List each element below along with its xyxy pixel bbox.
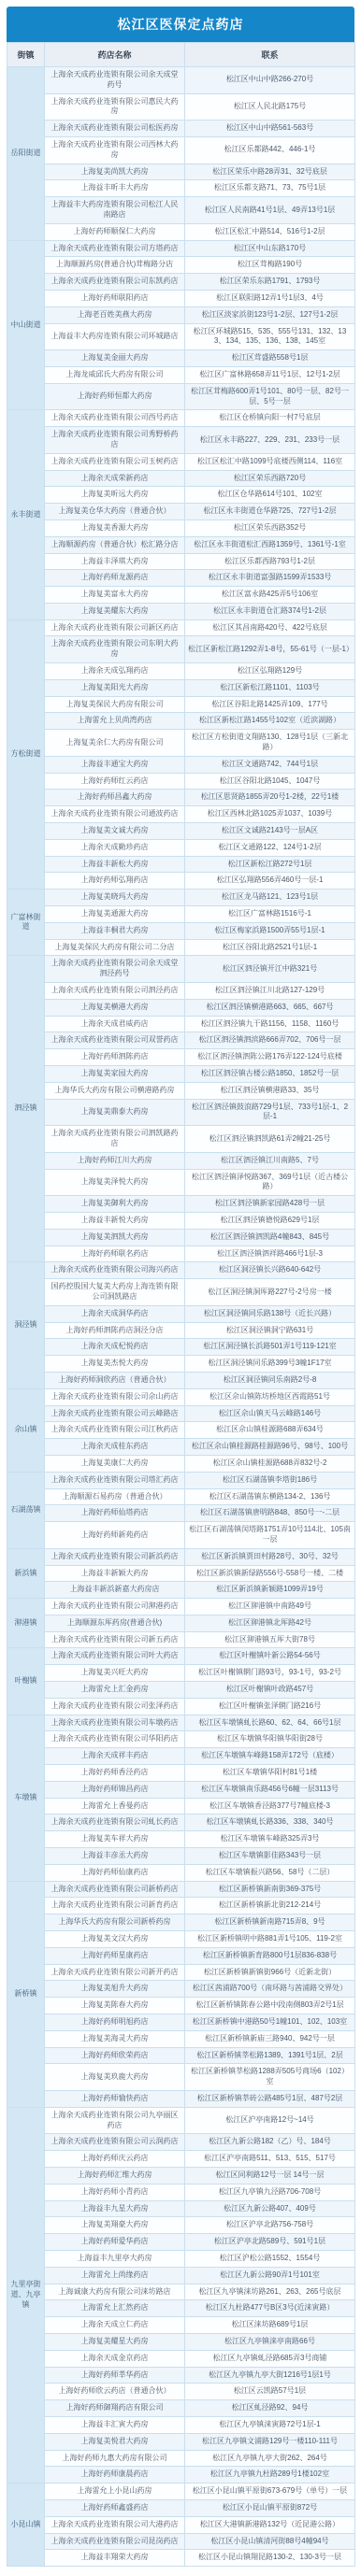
pharmacy-row: 上海雷允上尚缘药店松江区九新公路90弄1号101室 (7, 2267, 355, 2284)
pharmacy-row: 上海龙威邱氏大药房有限公司松江区广富林路658弄11号1层、12号1-2层 (7, 366, 355, 383)
pharmacy-name-cell: 上海顺源药房（普通合伙）松汇路分店 (45, 536, 185, 553)
pharmacy-name-cell: 上海余天成药业连锁有限公司海兴药店 (45, 1262, 185, 1279)
page: 松江区医保定点药店 街镇 药店名称 联系 岳阳街道上海余天成药业连锁有限公司余天… (0, 0, 361, 2576)
contact-cell: 松江区同利路12号一层 14号一层 (185, 2167, 355, 2184)
pharmacy-name-cell: 上海余天成药业连锁有限公司张泽药店 (45, 1698, 185, 1715)
contact-cell: 松江区松汇中路514、516号1-2层 (185, 223, 355, 240)
pharmacy-row: 上海余天成弘翔药店松江区弘翔路129号 (7, 663, 355, 680)
pharmacy-name-cell: 上海余天成药业连锁有限公司秀野桥药店 (45, 427, 185, 454)
pharmacy-name-cell: 上海余天成药业连锁有限公司西号药店 (45, 410, 185, 427)
pharmacy-row: 上海余天成药业连锁有限公司大港药店松江区大港镇新港路132号（近昆港公路） (7, 2516, 355, 2533)
pharmacy-name-cell: 上海余天成药业连锁有限公司泗泾药店 (45, 983, 185, 1000)
pharmacy-row: 上海余天成药业连锁有限公司秀野桥药店松江区永丰路227、229、231、233号… (7, 427, 355, 454)
pharmacy-name-cell: 上海益丰汇寅大药房 (45, 2416, 185, 2433)
pharmacy-name-cell: 上海余天成药业连锁有限公司叶大药店 (45, 1648, 185, 1665)
pharmacy-row: 上海华氏大药房有限公司新桥药房松江区新桥镇新南路715弄8、9号 (7, 1914, 355, 1931)
pharmacy-name-cell: 上海好药师泗陈药店洞泾分店 (45, 1322, 185, 1339)
contact-cell: 松江区车墩镇虬长路60、62、64、66号1层 (185, 1715, 355, 1731)
pharmacy-row: 上海华氏大药房有限公司横港路药房松江区泗泾镇横港路33、35号 (7, 1082, 355, 1099)
pharmacy-name-cell: 上海余天成立仁药店 (45, 2317, 185, 2334)
pharmacy-name-cell: 上海余天成祥丰药店 (45, 1748, 185, 1765)
pharmacy-name-cell: 上海顺源东厍药房(普通合伙) (45, 1615, 185, 1631)
pharmacy-row: 上海复美保民大药房有限公司二分店松江区谷阳北路2521号1层-1 (7, 939, 355, 956)
pharmacy-name-cell: 上海复美富永大药房 (45, 587, 185, 604)
contact-cell: 松江区佘山镇陈坊桥地区西霞路51号 (185, 1388, 355, 1405)
pharmacy-row: 上海好药师欣云药店（普通合伙）松江区云凯路57号1层 (7, 2384, 355, 2400)
contact-cell: 松江区谷阳北路1425弄109、177号 (185, 696, 355, 713)
pharmacy-row: 上海余天成药业连锁有限公司西林大药房松江区乐都路442、446-1号 (7, 136, 355, 164)
contact-cell: 松江区沪松公路1552、1554号 (185, 2250, 355, 2267)
contact-cell: 松江区茸梅路600弄1号101、80号一层、82号一层、5号一层 (185, 383, 355, 410)
contact-cell: 松江区九亭镇九亭大街1216号1层1号 (185, 2367, 355, 2384)
contact-cell: 松江区永丰街道仓华路725、727号1-2层 (185, 504, 355, 520)
pharmacy-name-cell: 上海益丰新颖大药房 (45, 1565, 185, 1582)
town-cell: 泗泾镇 (7, 956, 45, 1262)
pharmacy-name-cell: 上海余天成药业连锁有限公司泗凯路药店 (45, 1126, 185, 1153)
pharmacy-name-cell: 上海好药师联名药店 (45, 1245, 185, 1262)
pharmacy-name-cell: 上海复美昕远大药房 (45, 487, 185, 504)
contact-cell: 松江区乐都西路793号1-2层 (185, 553, 355, 570)
pharmacy-row: 上海好药师愉快药店松江区新桥镇莘砖公路485号1层、487号2层 (7, 2091, 355, 2108)
pharmacy-row: 上海余天成药业连锁有限公司玉树药店松江区松汇中路1099号底楼西侧114、116… (7, 453, 355, 470)
pharmacy-row: 上海益丰昕丰大药房松江区乐都支路71、73、75号1层 (7, 180, 355, 197)
contact-cell: 松江区谷阳北路1045、1047号 (185, 773, 355, 790)
contact-cell: 松江区九亭镇涞亭南路66号 (185, 2333, 355, 2350)
pharmacy-row: 上海复美兴旺大药房松江区叶榭镇辋门路93号，93-1号，93-2号 (7, 1665, 355, 1682)
pharmacy-name-cell: 上海益丰翔荣大药房 (45, 2550, 185, 2567)
pharmacy-name-cell: 上海好药师庆云药店 (45, 2151, 185, 2168)
pharmacy-row: 上海复美香源大药房松江区荣乐西路352号 (7, 519, 355, 536)
contact-cell: 松江区茜浦路700号（南环路与茜浦路交界处） (185, 1981, 355, 1998)
contact-cell: 松江区方松街道文翔路130、128号1层（三新北路） (185, 730, 355, 757)
pharmacy-name-cell: 上海余天成药业连锁有限公司玉树药店 (45, 453, 185, 470)
pharmacy-row: 上海好药师仙康药店松江区车墩镇振兴路56、58号（二层） (7, 1864, 355, 1881)
pharmacy-row: 上海雷允上汇金药房松江区叶榭镇叶政路457号 (7, 1682, 355, 1699)
pharmacy-row: 上海余天成金京药店松江区九亭镇虬泾路685弄3号商铺 (7, 2350, 355, 2367)
contact-cell: 松江区新松江路272号1层 (185, 856, 355, 873)
pharmacy-row: 上海益丰大药房连锁有限公司环城路店松江区环城路515、535、555号131、1… (7, 323, 355, 350)
pharmacy-row: 上海好药师明旭药店松江区新桥镇中港路50号1幢101、102、103室 (7, 2014, 355, 2031)
pharmacy-name-cell: 上海余天成杞悦药店 (45, 1339, 185, 1356)
contact-cell: 松江区车墩镇车峰路158弄172号（底楼） (185, 1748, 355, 1765)
pharmacy-row: 上海余天成荣新药店松江区荣乐西路720号 (7, 470, 355, 487)
pharmacy-name-cell: 上海复美阳光大药房 (45, 679, 185, 696)
contact-cell: 松江区洞泾镇长兴路640-642号 (185, 1262, 355, 1279)
contact-cell: 松江区新桥镇新镇街966号（近新北街） (185, 1964, 355, 1981)
pharmacy-name-cell: 上海好药师康晨药店 (45, 2467, 185, 2483)
contact-cell: 松江区龙马路121、123号1层 (185, 890, 355, 906)
contact-cell: 松江区泗泾镇开江中路321号 (185, 956, 355, 983)
contact-cell: 松江区环城路515、535、555号131、132、133、134、135、13… (185, 323, 355, 350)
pharmacy-row: 上海复美家园大药房松江区泗泾镇古楼公路1850、1852号一层 (7, 1066, 355, 1083)
pharmacy-row: 上海余天成桂东药店松江区佘山镇桂源路桂源路96号、98号、100号 (7, 1439, 355, 1456)
pharmacy-name-cell: 上海复美杰悦大药房 (45, 1356, 185, 1373)
pharmacy-row: 上海余天成祥丰药店松江区车墩镇车峰路158弄172号（底楼） (7, 1748, 355, 1765)
contact-cell: 松江区人民北路175号 (185, 93, 355, 121)
contact-cell: 松江区石湖荡镇闵塔路1751弄10号114北、105南一层 (185, 1522, 355, 1549)
pharmacy-name-cell: 上海余天成药业连锁有限公司双誉药店 (45, 1032, 185, 1049)
pharmacy-name-cell: 上海复美泗凯大药房 (45, 1229, 185, 1245)
pharmacy-name-cell: 上海复美车祥大药房 (45, 1831, 185, 1848)
pharmacy-row: 上海好药师爱华药店松江区沪亭北路589号、591号1层 (7, 2234, 355, 2251)
contact-cell: 松江区佘山镇桂源路桂源路96号、98号、100号 (185, 1439, 355, 1456)
pharmacy-name-cell: 上海好药师弘翔药店 (45, 873, 185, 890)
pharmacy-name-cell: 上海好药师鑫盛药店 (45, 2499, 185, 2516)
pharmacy-name-cell: 上海雷允上尚缘药店 (45, 2267, 185, 2284)
town-cell: 车墩镇 (7, 1715, 45, 1881)
contact-cell: 松江区思贤路1855弄20号1-2楼，22号1楼 (185, 790, 355, 806)
contact-cell: 松江区新桥镇莘松路1288弄505号商场6（102）室 (185, 2064, 355, 2091)
contact-cell: 松江区谷阳北路2521号1层-1 (185, 939, 355, 956)
pharmacy-row: 上海好药师龙源药店松江区永丰街道富强路1599弄1533号 (7, 570, 355, 587)
pharmacy-name-cell: 上海余天成药业连锁有限公司惠民大药房 (45, 93, 185, 121)
pharmacy-name-cell: 上海好药师红云药店 (45, 773, 185, 790)
contact-cell: 松江区西林北路1025弄1037、1039号 (185, 806, 355, 823)
pharmacy-row: 上海余天成药业连锁有限公司泗泾药店松江区泗泾镇江川北路127-129号 (7, 983, 355, 1000)
contact-cell: 松江区弘翔路556弄460号一层-1 (185, 873, 355, 890)
pharmacy-row: 上海好药师锦昌药店松江区车墩镇南乐路456号6幢一层3113号 (7, 1781, 355, 1798)
contact-cell: 松江区文通路742、744号1层 (185, 756, 355, 773)
pharmacy-name-cell: 上海余天成药业连锁有限公司云润药店 (45, 2134, 185, 2151)
pharmacy-row: 上海益丰新松大药房松江区新松江路272号1层 (7, 856, 355, 873)
pharmacy-name-cell: 上海余天成药业连锁有限公司新浜药店 (45, 1548, 185, 1565)
contact-cell: 松江区泗泾镇泗凯路61弄2幢21-25号 (185, 1126, 355, 1153)
pharmacy-row: 上海余天成药业连锁有限公司虬长药店松江区车墩镇虬长路336、338、340号 (7, 1815, 355, 1831)
pharmacy-row: 上海复美阳光大药房松江区新松江路1101、1103号 (7, 679, 355, 696)
contact-cell: 松江区广富林路658弄11号1层、12号1-2层 (185, 366, 355, 383)
pharmacy-name-cell: 上海余天成药业连锁有限公司新区药店 (45, 619, 185, 636)
pharmacy-name-cell: 上海好药师汇维大药房 (45, 2167, 185, 2184)
pharmacy-row: 上海复美尚凯大药房松江区荣乐中路28弄31、32号底层 (7, 164, 355, 180)
pharmacy-row: 石湖荡镇上海余天成药业连锁有限公司塔汇药店松江区石湖荡镇李塔街186号 (7, 1472, 355, 1488)
pharmacy-row: 上海余天成药业连锁有限公司双誉药店松江区泗泾镇泗滨路666弄702、706号一层 (7, 1032, 355, 1049)
contact-cell: 松江区新松江路1292弄1-8号，55-61号（一层-1） (185, 636, 355, 663)
pharmacy-row: 上海好药师星康药店松江区新桥镇新育路800号1层836-838号 (7, 1947, 355, 1964)
pharmacy-name-cell: 上海顺源药房(普通合伙)茸梅路分店 (45, 257, 185, 274)
pharmacy-name-cell: 上海余天成金京药店 (45, 2350, 185, 2367)
pharmacy-name-cell: 国药控股国大复美大药房上海连锁有限公司洞凯路店 (45, 1279, 185, 1306)
contact-cell: 松江区石湖荡镇唐明路848、850号一-二层 (185, 1505, 355, 1522)
pharmacy-row: 上海余天成药业连锁有限公司东凯药店松江区荣乐东路1791、1793号 (7, 274, 355, 291)
contact-cell: 松江区九杜路477号B区3号(近涞寅路） (185, 2300, 355, 2317)
contact-cell: 松江区永丰街道富强路1599弄1533号 (185, 570, 355, 587)
contact-cell: 松江区荣乐中路28弄31、32号底层 (185, 164, 355, 180)
town-cell: 泖港镇 (7, 1599, 45, 1648)
contact-cell: 松江区新松江路1455号102室（近滨湖路） (185, 713, 355, 730)
pharmacy-row: 上海复美耀东大药房松江区永丰街道仓汇路374号1-2层 (7, 603, 355, 619)
pharmacy-name-cell: 上海复美金丽大药房 (45, 350, 185, 367)
pharmacy-row: 上海复美横港大药房松江区泗泾镇横港路663、665、667号 (7, 999, 355, 1016)
contact-cell: 松江区新桥镇新育路800号1层836-838号 (185, 1947, 355, 1964)
contact-cell: 松江区小昆山镇清河街88号4幢94号 (185, 2533, 355, 2550)
contact-cell: 松江区新浜镇新绿路556号-558号一楼、二楼 (185, 1565, 355, 1582)
contact-cell: 松江区虬泾路92、94号 (185, 2400, 355, 2417)
contact-cell: 松江区永丰街道仓汇路374号1-2层 (185, 603, 355, 619)
contact-cell: 松江区人民南路41号1层、49弄13号1层 (185, 197, 355, 224)
contact-cell: 松江区九亭镇九亭大街262、264号 (185, 2450, 355, 2467)
contact-cell: 松江区泗泾镇德悦路629号1层 (185, 1212, 355, 1229)
town-cell: 小昆山镇 (7, 2483, 45, 2567)
pharmacy-name-cell: 上海雷允上贝尚湾药店 (45, 713, 185, 730)
pharmacy-row: 上海好药师洞欣药店（普通合伙）松江区洞泾镇同乐南路2号-8 (7, 1372, 355, 1388)
pharmacy-name-cell: 上海余天成药业连锁有限公司昆岗药店 (45, 2533, 185, 2550)
pharmacy-row: 国药控股国大复美大药房上海连锁有限公司洞凯路店松江区洞泾镇洞厍路227号-2号房… (7, 1279, 355, 1306)
pharmacy-row: 上海好药师泗陈药店洞泾分店松江区洞泾镇洞宁路631号 (7, 1322, 355, 1339)
contact-cell: 松江区仓桥镇向阳一村7号底层 (185, 410, 355, 427)
contact-cell: 松江区新桥镇新南街369-375号 (185, 1881, 355, 1898)
pharmacy-row: 上海余天成药业连锁有限公司昆岗药店松江区小昆山镇清河街88号4幢94号 (7, 2533, 355, 2550)
contact-cell: 松江区茸梅路190号 (185, 257, 355, 274)
town-cell: 九里亭街道、九亭镇 (7, 2107, 45, 2483)
pharmacy-row: 上海复美耀星大药房松江区九亭镇涞亭南路66号 (7, 2333, 355, 2350)
pharmacy-row: 上海复美昕远大药房松江区仓华路614号101、102室 (7, 487, 355, 504)
pharmacy-row: 上海余天成立仁药店松江区涞坊路689号1层 (7, 2317, 355, 2334)
pharmacy-name-cell: 上海复美玖鹿大药房 (45, 2064, 185, 2091)
pharmacy-name-cell: 上海余天成药业连锁有限公司塔汇药店 (45, 1472, 185, 1488)
pharmacy-row: 小昆山镇上海雷允上小昆山药房松江区小昆山镇平原街673-679号（单号）一层 (7, 2483, 355, 2500)
pharmacy-name-cell: 上海益丰九里亭大药房 (45, 2250, 185, 2267)
contact-cell: 松江区车墩镇华阳镇华阳街28号 (185, 1731, 355, 1748)
pharmacy-row: 上海好药师联名药店松江区泗泾镇泗祥路466号1层-3 (7, 1245, 355, 1262)
pharmacy-row: 上海复美文汉大药房松江区新桥镇明中路881弄1号105、119-2室 (7, 1931, 355, 1948)
pharmacy-name-cell: 上海好药师欣云药店（普通合伙） (45, 2384, 185, 2400)
contact-cell: 松江区永丰路227、229、231、233号一层 (185, 427, 355, 454)
contact-cell: 松江区新桥镇新南路715弄8、9号 (185, 1914, 355, 1931)
pharmacy-row: 广富林街道上海复美晓玛大药房松江区龙马路121、123号1层 (7, 890, 355, 906)
contact-cell: 松江区弘翔路129号 (185, 663, 355, 680)
pharmacy-row: 上海顺源药房（普通合伙）松汇路分店松江区永丰街道松汇西路1359号、1361号-… (7, 536, 355, 553)
pharmacy-row: 上海好药师香泾药店松江区车墩镇华阳村81号1楼 (7, 1765, 355, 1782)
town-cell: 叶榭镇 (7, 1648, 45, 1715)
contact-cell: 松江区泖港镇五厍大街78号 (185, 1631, 355, 1648)
contact-cell: 松江区泗泾镇鼓浪路729号1层、733号1层-1、2层-1 (185, 1099, 355, 1126)
contact-cell: 松江区石湖荡镇李塔街186号 (185, 1472, 355, 1488)
pharmacy-row: 上海复美泗凯大药房松江区泗泾镇泗凯路4幢843、845号 (7, 1229, 355, 1245)
pharmacy-name-cell: 上海复美香源大药房 (45, 519, 185, 536)
contact-cell: 松江区佘山镇桂源路688弄832号-2 (185, 1455, 355, 1472)
contact-cell: 松江区九亭镇九泾路706-708号 (185, 2184, 355, 2200)
column-header-name: 药店名称 (45, 43, 185, 67)
pharmacy-name-cell: 上海好药师莘华药店 (45, 2367, 185, 2384)
pharmacy-name-cell: 上海复美耀东大药房 (45, 603, 185, 619)
contact-cell: 松江区新桥镇陈春公路中段南侧803弄2号1层 (185, 1998, 355, 2014)
pharmacy-row: 上海益丰大药房连锁有限公司松江人民南路店松江区人民南路41号1层、49弄13号1… (7, 197, 355, 224)
contact-cell: 松江区中山中路266-270号 (185, 67, 355, 94)
pharmacy-row: 上海余天成药业连锁有限公司新五药店松江区泖港镇五厍大街78号 (7, 1631, 355, 1648)
pharmacy-name-cell: 上海华氏大药房有限公司横港路药房 (45, 1082, 185, 1099)
pharmacy-row: 上海复美康仁大药房松江区佘山镇桂源路688弄832号-2 (7, 1455, 355, 1472)
pharmacy-name-cell: 上海余天成药业连锁有限公司方塔药店 (45, 240, 185, 257)
pharmacy-row: 上海复美御利大药房松江区泗泾镇新家园路428号一层 (7, 1196, 355, 1213)
pharmacy-name-cell: 上海余天成药业连锁有限公司新五药店 (45, 1631, 185, 1648)
pharmacy-row: 上海余天成药业连锁有限公司新育药店松江区新桥镇新北街212-214号 (7, 1898, 355, 1914)
pharmacy-name-cell: 上海好药师锦昌药店 (45, 1781, 185, 1798)
pharmacy-row: 上海余天成药业连锁有限公司通波药店松江区西林北路1025弄1037、1039号 (7, 806, 355, 823)
contact-cell: 松江区九新公路407、409号 (185, 2200, 355, 2217)
pharmacy-row: 上海复美陈春大药房松江区新桥镇陈春公路中段南侧803弄2号1层 (7, 1998, 355, 2014)
contact-cell: 松江区洞泾镇同乐路399号3幢1F17室 (185, 1356, 355, 1373)
pharmacy-row: 上海好药师红云药店松江区谷阳北路1045、1047号 (7, 773, 355, 790)
contact-cell: 松江区中山东路170号 (185, 240, 355, 257)
pharmacy-name-cell: 上海复美翔豪大药房 (45, 2217, 185, 2234)
contact-cell: 松江区洞泾镇长浜路501弄1号119-121室 (185, 1339, 355, 1356)
contact-cell: 松江区洞泾镇同乐南路2号-8 (185, 1372, 355, 1388)
contact-cell: 松江区乐都路442、446-1号 (185, 136, 355, 164)
pharmacy-table-body: 岳阳街道上海余天成药业连锁有限公司余天成堂药号松江区中山中路266-270号上海… (7, 67, 355, 2567)
pharmacy-row: 上海好药师九惠大药房有限公司松江区九亭镇九亭大街262、264号 (7, 2450, 355, 2467)
contact-cell: 松江区泗泾镇江川北路127-129号 (185, 983, 355, 1000)
contact-cell: 松江区其昌南路420号、422号底层 (185, 619, 355, 636)
pharmacy-row: 上海余天成药业连锁有限公司东明大药房松江区新松江路1292弄1-8号，55-61… (7, 636, 355, 663)
pharmacy-row: 上海余天成君威药店松江区泗泾镇九干路1156、1158、1160号 (7, 1016, 355, 1032)
pharmacy-name-cell: 上海复美保民大药房有限公司 (45, 696, 185, 713)
town-cell: 佘山镇 (7, 1388, 45, 1472)
pharmacy-name-cell: 上海好药师新苑药店 (45, 1522, 185, 1549)
pharmacy-name-cell: 上海余天成洞华药店 (45, 1305, 185, 1322)
contact-cell: 松江区九亭镇虬泾路685弄3号商铺 (185, 2350, 355, 2367)
contact-cell: 松江区新桥镇新庙三路940、942号一层 (185, 2030, 355, 2047)
pharmacy-row: 上海益丰新浜新嘉大药房店松江区新浜镇新颖路1099弄19号 (7, 1582, 355, 1599)
pharmacy-name-cell: 上海好药师顺保仁大药房 (45, 223, 185, 240)
pharmacy-row: 上海好药师昌鑫大药房松江区思贤路1855弄20号1-2楼，22号1楼 (7, 790, 355, 806)
contact-cell: 松江区叶榭镇辋门路93号，93-1号，93-2号 (185, 1665, 355, 1682)
pharmacy-name-cell: 上海余天成药业连锁有限公司云峰路店 (45, 1405, 185, 1422)
pharmacy-name-cell: 上海余天成弘翔药店 (45, 663, 185, 680)
town-cell: 方松街道 (7, 619, 45, 890)
pharmacy-table: 街镇 药店名称 联系 岳阳街道上海余天成药业连锁有限公司余天成堂药号松江区中山中… (7, 42, 355, 2567)
pharmacy-row: 上海余天成药业连锁有限公司江秋药店松江区佘山镇桂源路688弄634号 (7, 1422, 355, 1439)
pharmacy-row: 上海好药师庆云药店松江区沪亭南路511、513、515、517号 (7, 2151, 355, 2168)
town-cell: 永丰街道 (7, 410, 45, 619)
contact-cell: 松江区新浜镇贾田村路28号、30号、32号 (185, 1548, 355, 1565)
pharmacy-row: 上海好药师御翔药店有限公司松江区虬泾路92、94号 (7, 2400, 355, 2417)
contact-cell: 松江区沪亭南路12号~14号 (185, 2107, 355, 2134)
pharmacy-name-cell: 上海余天成桂东药店 (45, 1439, 185, 1456)
contact-cell: 松江区泗泾镇横港路663、665、667号 (185, 999, 355, 1016)
contact-cell: 松江区泗泾镇新家园路428号一层 (185, 1196, 355, 1213)
contact-cell: 松江区泗泾镇泗陈公路176弄122-124号底楼 (185, 1049, 355, 1066)
pharmacy-row: 上海益丰泽琪大药房松江区乐都西路793号1-2层 (7, 553, 355, 570)
contact-cell: 松江区泗泾镇九干路1156、1158、1160号 (185, 1016, 355, 1032)
column-header-contact: 联系 (185, 43, 355, 67)
pharmacy-row: 上海益丰新颖大药房松江区新浜镇新绿路556号-558号一楼、二楼 (7, 1565, 355, 1582)
pharmacy-name-cell: 上海益丰九星大药房 (45, 2200, 185, 2217)
contact-cell: 松江区联阳路12弄1号1层3、4号 (185, 290, 355, 306)
contact-cell: 松江区泗泾镇横港路33、35号 (185, 1082, 355, 1099)
pharmacy-name-cell: 上海余天成药业连锁有限公司东明大药房 (45, 636, 185, 663)
page-title: 松江区医保定点药店 (7, 7, 354, 42)
pharmacy-row: 上海余天成勤珍药店松江区文通路122、124号1-2层 (7, 839, 355, 856)
pharmacy-row: 上海好药师弘翔药店松江区弘翔路556弄460号一层-1 (7, 873, 355, 890)
contact-cell: 松江区九亭镇九杜路289号1楼102室 (185, 2467, 355, 2483)
pharmacy-name-cell: 上海益丰新浜新嘉大药房店 (45, 1582, 185, 1599)
pharmacy-name-cell: 上海复美文诚大药房 (45, 823, 185, 840)
pharmacy-name-cell: 上海好药师明旭药店 (45, 2014, 185, 2031)
pharmacy-name-cell: 上海复美尚凯大药房 (45, 164, 185, 180)
pharmacy-name-cell: 上海余天成药业连锁有限公司九亭丽区药店 (45, 2107, 185, 2134)
pharmacy-row: 上海复美海灵大药房松江区新桥镇新庙三路940、942号一层 (7, 2030, 355, 2047)
pharmacy-name-cell: 上海复美仓华大药房（普通合伙） (45, 504, 185, 520)
contact-cell: 松江区泗泾镇古楼公路1850、1852号一层 (185, 1066, 355, 1083)
contact-cell: 松江区新桥镇新北街212-214号 (185, 1898, 355, 1914)
pharmacy-row: 上海好药师仙塔药店松江区石湖荡镇唐明路848、850号一-二层 (7, 1505, 355, 1522)
pharmacy-row: 上海复美保民大药房有限公司松江区谷阳北路1425弄109、177号 (7, 696, 355, 713)
pharmacy-name-cell: 上海好药师江川大药房 (45, 1152, 185, 1169)
pharmacy-row: 上海复美金丽大药房松江区茸盛路558号1层 (7, 350, 355, 367)
town-cell: 新浜镇 (7, 1548, 45, 1598)
pharmacy-row: 永丰街道上海余天成药业连锁有限公司西号药店松江区仓桥镇向阳一村7号底层 (7, 410, 355, 427)
pharmacy-row: 上海老百姓美燕大药房松江区淡家浜街123号1-2层、127号1-2层 (7, 306, 355, 323)
pharmacy-row: 上海复美车祥大药房松江区车墩镇车峰路325弄3号 (7, 1831, 355, 1848)
contact-cell: 松江区泗泾镇泗凯路4幢843、845号 (185, 1229, 355, 1245)
pharmacy-name-cell: 上海复美保民大药房有限公司二分店 (45, 939, 185, 956)
contact-cell: 松江区松汇中路1099号底楼西侧114、116室 (185, 453, 355, 470)
pharmacy-name-cell: 上海雷允上小昆山药房 (45, 2483, 185, 2500)
pharmacy-name-cell: 上海益丰桐君大药房 (45, 922, 185, 939)
pharmacy-row: 上海益丰翔荣大药房松江区小昆山镇翔昆路130-2、130-3号一层 (7, 2550, 355, 2567)
pharmacy-row: 上海好药师泗陈药店松江区泗泾镇泗陈公路176弄122-124号底楼 (7, 1049, 355, 1066)
pharmacy-name-cell: 上海好药师联阳药店 (45, 290, 185, 306)
contact-cell: 松江区新桥镇明中路881弄1号105、119-2室 (185, 1931, 355, 1948)
contact-cell: 松江区云凯路57号1层 (185, 2384, 355, 2400)
pharmacy-name-cell: 上海余天成药业连锁有限公司新开药店 (45, 1964, 185, 1981)
contact-cell: 松江区大港镇新港路132号（近昆港公路） (185, 2516, 355, 2533)
pharmacy-row: 上海复美仓华大药房（普通合伙）松江区永丰街道仓华路725、727号1-2层 (7, 504, 355, 520)
contact-cell: 松江区梅家浜路1500弄55号1层-1 (185, 922, 355, 939)
pharmacy-row: 上海余天成药业连锁有限公司新开药店松江区新桥镇新镇街966号（近新北街） (7, 1964, 355, 1981)
pharmacy-name-cell: 上海好药师洞欣药店（普通合伙） (45, 1372, 185, 1388)
pharmacy-row: 上海复美富永大药房松江区富永路425弄5号106室 (7, 587, 355, 604)
pharmacy-row: 九里亭街道、九亭镇上海余天成药业连锁有限公司九亭丽区药店松江区沪亭南路12号~1… (7, 2107, 355, 2134)
contact-cell: 松江区九亭镇涞坊路261、263、265号底层 (185, 2284, 355, 2300)
pharmacy-name-cell: 上海复美旭升大药房 (45, 1981, 185, 1998)
pharmacy-name-cell: 上海余天成荣新药店 (45, 470, 185, 487)
pharmacy-row: 上海好药师汇维大药房松江区同利路12号一层 14号一层 (7, 2167, 355, 2184)
pharmacy-row: 上海益丰新悦大药房松江区泗泾镇德悦路629号1层 (7, 1212, 355, 1229)
pharmacy-row: 上海益丰通宝大药房松江区文通路742、744号1层 (7, 756, 355, 773)
pharmacy-row: 上海好药师小青药店松江区九亭镇九泾路706-708号 (7, 2184, 355, 2200)
pharmacy-name-cell: 上海好药师御翔药店有限公司 (45, 2400, 185, 2417)
town-cell: 石湖荡镇 (7, 1472, 45, 1548)
town-cell: 广富林街道 (7, 890, 45, 956)
pharmacy-name-cell: 上海余天成药业连锁有限公司余天成堂药号 (45, 67, 185, 94)
pharmacy-row: 上海复美通源大药房松江区广富林路1516号-1 (7, 906, 355, 923)
pharmacy-name-cell: 上海余天成勤珍药店 (45, 839, 185, 856)
contact-cell: 松江区洞泾镇洞厍路227号-2号房一楼 (185, 1279, 355, 1306)
table-header-row: 街镇 药店名称 联系 (7, 43, 355, 67)
pharmacy-name-cell: 上海复美通源大药房 (45, 906, 185, 923)
pharmacy-row: 洞泾镇上海余天成药业连锁有限公司海兴药店松江区洞泾镇长兴路640-642号 (7, 1262, 355, 1279)
pharmacy-row: 上海好药师联阳药店松江区联阳路12弄1号1层3、4号 (7, 290, 355, 306)
contact-cell: 松江区泖港镇北厍路42号 (185, 1615, 355, 1631)
pharmacy-row: 上海复美余仁大药房有限公司松江区方松街道文翔路130、128号1层（三新北路） (7, 730, 355, 757)
pharmacy-name-cell: 上海益丰大药房连锁有限公司环城路店 (45, 323, 185, 350)
contact-cell: 松江区洞泾镇洞宁路631号 (185, 1322, 355, 1339)
pharmacy-row: 上海顺源石易药房（普通合伙）松江区石湖荡镇东横路134-2、136号 (7, 1488, 355, 1505)
contact-cell: 松江区车墩镇虬长路336、338、340号 (185, 1815, 355, 1831)
pharmacy-row: 泗泾镇上海余天成药业连锁有限公司余天成堂泗泾药号松江区泗泾镇开江中路321号 (7, 956, 355, 983)
pharmacy-row: 上海余天成药业连锁有限公司张泽药店松江区叶榭镇张泽辋门路216号 (7, 1698, 355, 1715)
pharmacy-name-cell: 上海复美文汉大药房 (45, 1931, 185, 1948)
pharmacy-name-cell: 上海益丰大药房连锁有限公司松江人民南路店 (45, 197, 185, 224)
pharmacy-row: 新浜镇上海余天成药业连锁有限公司新浜药店松江区新浜镇贾田村路28号、30号、32… (7, 1548, 355, 1565)
contact-cell: 松江区泗泾镇泗滨路666弄702、706号一层 (185, 1032, 355, 1049)
contact-cell: 松江区沪亭北路589号、591号1层 (185, 2234, 355, 2251)
pharmacy-row: 上海益丰九星大药房松江区九新公路407、409号 (7, 2200, 355, 2217)
pharmacy-name-cell: 上海好药师欣荣药店 (45, 2047, 185, 2064)
contact-cell: 松江区新桥镇中港路50号1幢101、102、103室 (185, 2014, 355, 2031)
contact-cell: 松江区九亭镇涞寅路72号1层-1 (185, 2416, 355, 2433)
